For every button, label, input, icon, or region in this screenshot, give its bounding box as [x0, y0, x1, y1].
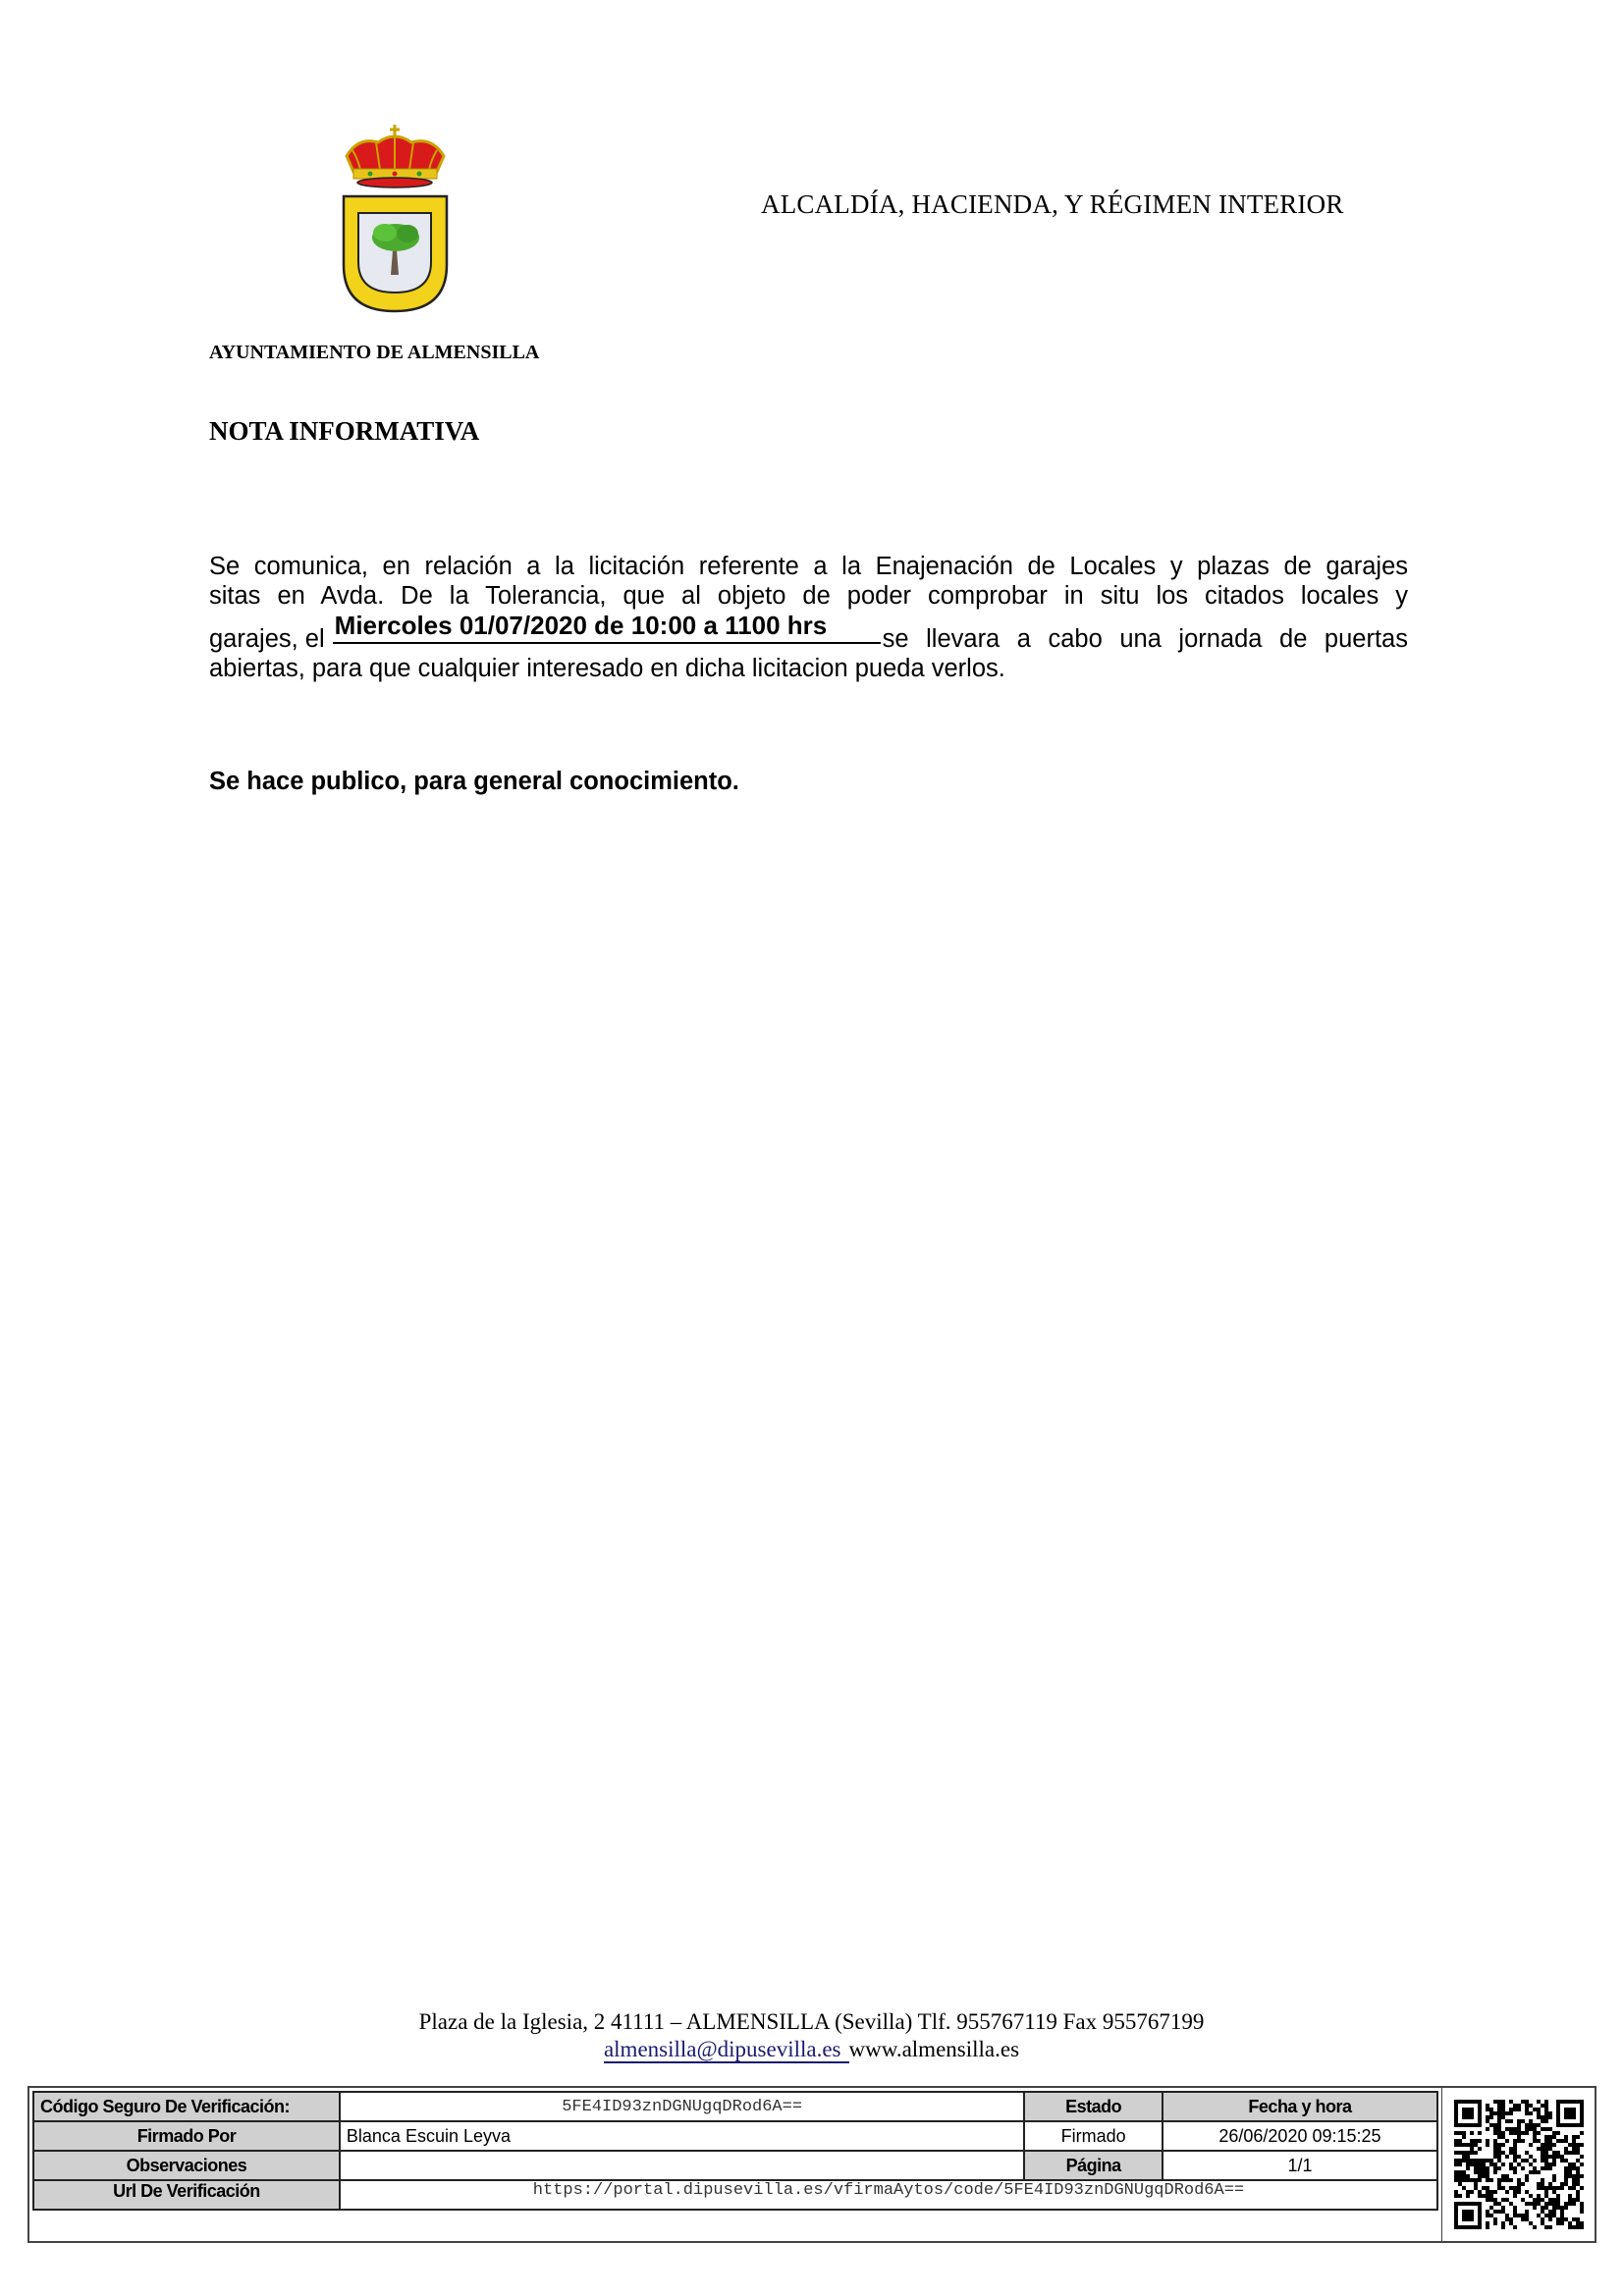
body-word: se: [883, 624, 909, 654]
body-line: garajes, el Miercoles 01/07/2020 de 10:0…: [209, 611, 1408, 654]
notice-body: Se comunica, en relación a la licitación…: [209, 552, 1408, 683]
body-line: abiertas, para que cualquier interesado …: [209, 654, 1408, 683]
email-link[interactable]: almensilla@dipusevilla.es: [604, 2037, 849, 2063]
observations-label: Observaciones: [33, 2151, 340, 2180]
body-line: Se comunica, en relación a la licitación…: [209, 552, 1408, 581]
qr-code-icon: [1454, 2100, 1584, 2229]
body-text-fragment: sellevaraacabounajornadadepuertas: [881, 624, 1408, 654]
datetime-value: 26/06/2020 09:15:25: [1163, 2121, 1437, 2151]
table-row: Firmado Por Blanca Escuin Leyva Firmado …: [33, 2121, 1437, 2151]
body-text-fragment: garajes, el: [209, 624, 325, 654]
datetime-label: Fecha y hora: [1163, 2092, 1437, 2121]
footer-address-block: Plaza de la Iglesia, 2 41111 – ALMENSILL…: [0, 2008, 1623, 2063]
verification-url[interactable]: https://portal.dipusevilla.es/vfirmaAyto…: [340, 2180, 1437, 2210]
footer-contact: almensilla@dipusevilla.eswww.almensilla.…: [0, 2036, 1623, 2063]
department-heading: ALCALDÍA, HACIENDA, Y RÉGIMEN INTERIOR: [761, 189, 1344, 220]
body-word: de: [1279, 624, 1307, 654]
url-label: Url De Verificación: [33, 2180, 340, 2210]
status-value: Firmado: [1024, 2121, 1163, 2151]
body-word: puertas: [1325, 624, 1408, 654]
body-word: jornada: [1178, 624, 1262, 654]
organization-name: AYUNTAMIENTO DE ALMENSILLA: [209, 342, 539, 364]
page-value: 1/1: [1163, 2151, 1437, 2180]
body-word: a: [1017, 624, 1031, 654]
body-word: una: [1119, 624, 1162, 654]
code-label: Código Seguro De Verificación:: [33, 2092, 340, 2121]
table-row: Código Seguro De Verificación: 5FE4ID93z…: [33, 2092, 1437, 2121]
signed-by-value: Blanca Escuin Leyva: [340, 2121, 1024, 2151]
footer-address: Plaza de la Iglesia, 2 41111 – ALMENSILL…: [0, 2008, 1623, 2036]
closing-statement: Se hace publico, para general conocimien…: [209, 768, 739, 796]
body-word: cabo: [1049, 624, 1103, 654]
code-value: 5FE4ID93znDGNUgqDRod6A==: [340, 2092, 1024, 2121]
body-line: sitas en Avda. De la Tolerancia, que al …: [209, 581, 1408, 611]
qr-code-frame: [1441, 2086, 1596, 2243]
document-title: NOTA INFORMATIVA: [209, 416, 479, 447]
table-row: Url De Verificación https://portal.dipus…: [33, 2180, 1437, 2210]
coat-of-arms-icon: [339, 123, 452, 314]
verification-table: Código Seguro De Verificación: 5FE4ID93z…: [32, 2091, 1438, 2211]
event-date-highlight: Miercoles 01/07/2020 de 10:00 a 1100 hrs: [333, 611, 881, 644]
table-row: Observaciones Página 1/1: [33, 2151, 1437, 2180]
signed-by-label: Firmado Por: [33, 2121, 340, 2151]
website-link[interactable]: www.almensilla.es: [849, 2037, 1020, 2061]
observations-value: [340, 2151, 1024, 2180]
body-word: llevara: [926, 624, 1000, 654]
status-label: Estado: [1024, 2092, 1163, 2121]
page-label: Página: [1024, 2151, 1163, 2180]
